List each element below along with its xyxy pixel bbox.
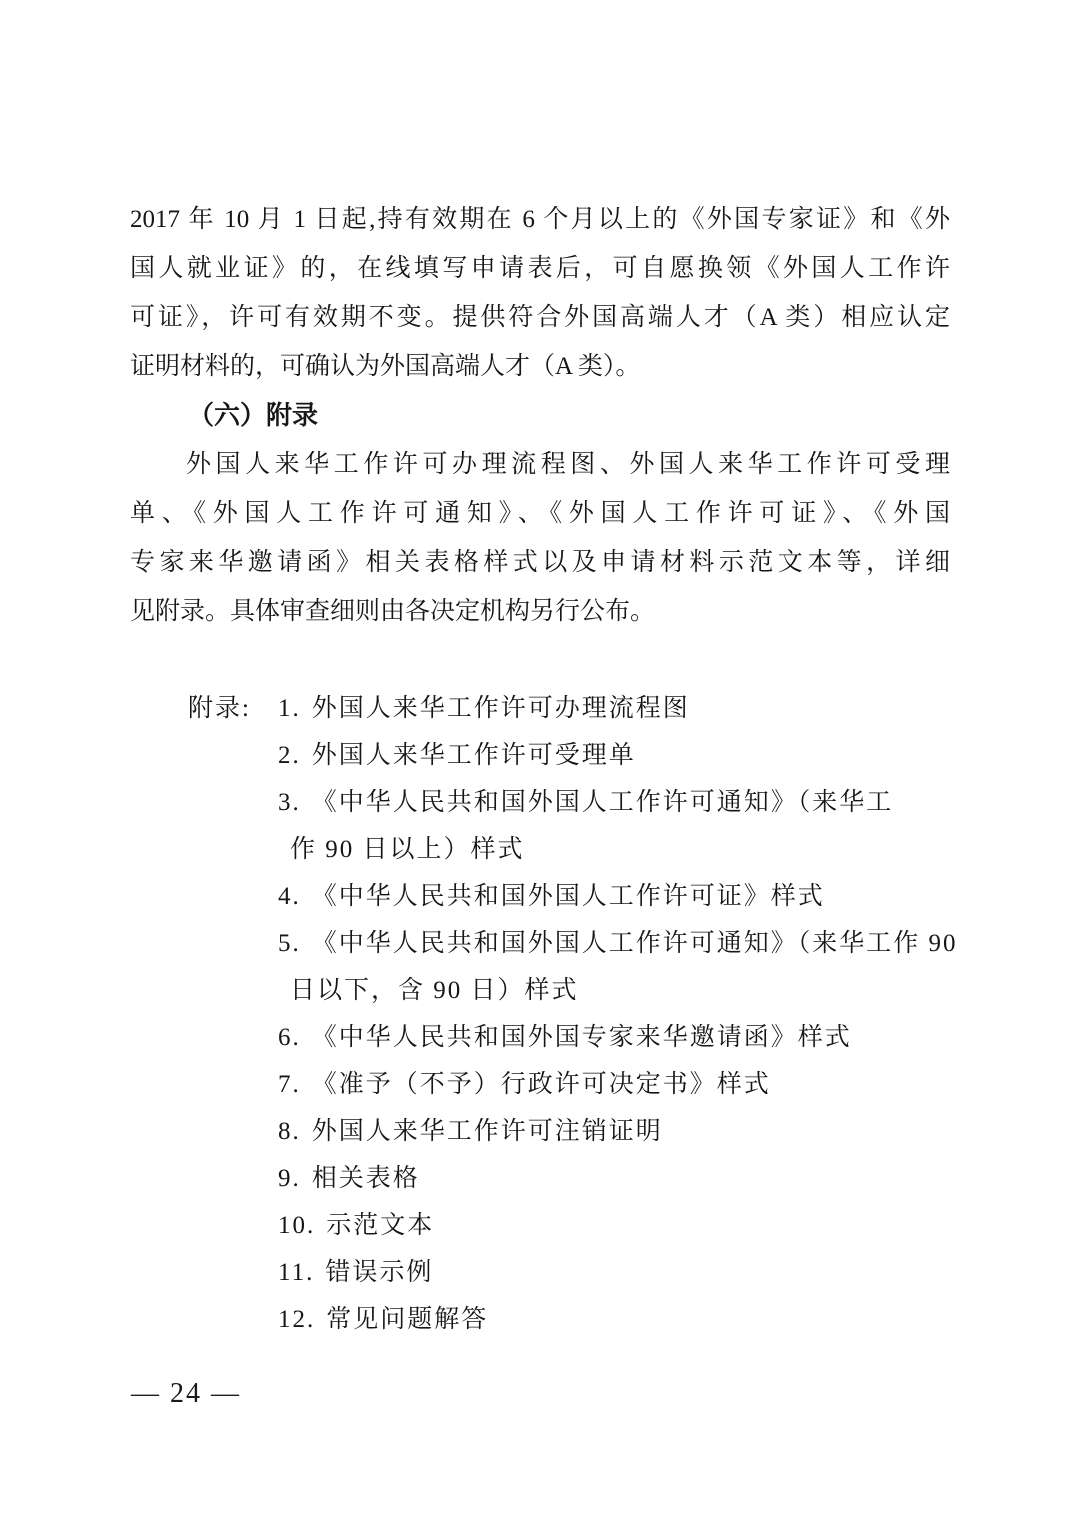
appendix-item-text: 相关表格	[312, 1165, 420, 1192]
appendix-item-number: 3.	[278, 789, 301, 816]
appendix-item-row: 9.相关表格	[130, 1155, 950, 1202]
paragraph-appendix-intro: 外国人来华工作许可办理流程图、外国人来华工作许可受理 单、《外国人工作许可通知》…	[130, 440, 950, 636]
appendix-item-row: 附录: 1.外国人来华工作许可办理流程图	[130, 685, 950, 732]
appendix-item-row: 6.《中华人民共和国外国专家来华邀请函》样式	[130, 1014, 950, 1061]
appendix-item-number: 7.	[278, 1071, 301, 1098]
appendix-label: 附录:	[188, 685, 251, 732]
appendix-item-row: 8.外国人来华工作许可注销证明	[130, 1108, 950, 1155]
appendix-list: 附录: 1.外国人来华工作许可办理流程图 2.外国人来华工作许可受理单 3.《中…	[130, 685, 950, 1343]
paragraph-line: 单、《外国人工作许可通知》、《外国人工作许可证》、《外国	[130, 489, 950, 538]
appendix-item-text: 《中华人民共和国外国人工作许可通知》（来华工	[312, 789, 894, 816]
appendix-item-number: 11.	[278, 1259, 314, 1286]
blank-line	[130, 636, 950, 685]
appendix-item-row: 11.错误示例	[130, 1249, 950, 1296]
appendix-item-number: 5.	[278, 930, 301, 957]
appendix-item-text: 常见问题解答	[326, 1306, 488, 1333]
appendix-item-row: 12.常见问题解答	[130, 1296, 950, 1343]
appendix-item-text: 《中华人民共和国外国人工作许可通知》（来华工作 90	[312, 930, 958, 957]
appendix-item-text: 外国人来华工作许可办理流程图	[312, 695, 690, 722]
appendix-item-row: 7.《准予（不予）行政许可决定书》样式	[130, 1061, 950, 1108]
appendix-item-number: 4.	[278, 883, 301, 910]
paragraph-validity: 2017 年 10 月 1 日起,持有效期在 6 个月以上的《外国专家证》和《外…	[130, 195, 950, 391]
paragraph-line: 2017 年 10 月 1 日起,持有效期在 6 个月以上的《外国专家证》和《外	[130, 195, 950, 244]
appendix-item-continuation: 日以下，含 90 日）样式	[130, 967, 950, 1014]
appendix-item-text: 《准予（不予）行政许可决定书》样式	[312, 1071, 771, 1098]
paragraph-line: 可证》，许可有效期不变。提供符合外国高端人才（A 类）相应认定	[130, 293, 950, 342]
appendix-item-text: 错误示例	[325, 1259, 433, 1286]
appendix-item-row: 5.《中华人民共和国外国人工作许可通知》（来华工作 90	[130, 920, 950, 967]
paragraph-line: 专家来华邀请函》相关表格样式以及申请材料示范文本等，详细	[130, 538, 950, 587]
appendix-item-number: 10.	[278, 1212, 315, 1239]
document-content: 2017 年 10 月 1 日起,持有效期在 6 个月以上的《外国专家证》和《外…	[130, 195, 950, 1343]
appendix-item-text: 示范文本	[326, 1212, 434, 1239]
appendix-item-text: 作 90 日以上）样式	[290, 836, 525, 863]
appendix-item-row: 3.《中华人民共和国外国人工作许可通知》（来华工	[130, 779, 950, 826]
paragraph-line: 国人就业证》的，在线填写申请表后，可自愿换领《外国人工作许	[130, 244, 950, 293]
appendix-item-number: 8.	[278, 1118, 301, 1145]
appendix-item-text: 外国人来华工作许可受理单	[312, 742, 636, 769]
appendix-item-text: 《中华人民共和国外国专家来华邀请函》样式	[312, 1024, 852, 1051]
appendix-item-text: 日以下，含 90 日）样式	[290, 977, 579, 1004]
appendix-item-number: 12.	[278, 1306, 315, 1333]
appendix-item-number: 6.	[278, 1024, 301, 1051]
appendix-item-continuation: 作 90 日以上）样式	[130, 826, 950, 873]
appendix-item-row: 4.《中华人民共和国外国人工作许可证》样式	[130, 873, 950, 920]
appendix-item-row: 10.示范文本	[130, 1202, 950, 1249]
page-number: — 24 —	[131, 1378, 241, 1410]
section-heading-appendix: （六）附录	[130, 391, 950, 440]
document-page: 2017 年 10 月 1 日起,持有效期在 6 个月以上的《外国专家证》和《外…	[0, 0, 1074, 1520]
appendix-item-text: 《中华人民共和国外国人工作许可证》样式	[312, 883, 825, 910]
appendix-item-number: 9.	[278, 1165, 301, 1192]
appendix-item-number: 2.	[278, 742, 301, 769]
paragraph-line: 证明材料的，可确认为外国高端人才（A 类）。	[130, 342, 950, 391]
appendix-item-row: 2.外国人来华工作许可受理单	[130, 732, 950, 779]
appendix-item-text: 外国人来华工作许可注销证明	[312, 1118, 663, 1145]
paragraph-line: 外国人来华工作许可办理流程图、外国人来华工作许可受理	[130, 440, 950, 489]
appendix-item-number: 1.	[278, 695, 301, 722]
paragraph-line: 见附录。具体审查细则由各决定机构另行公布。	[130, 587, 950, 636]
